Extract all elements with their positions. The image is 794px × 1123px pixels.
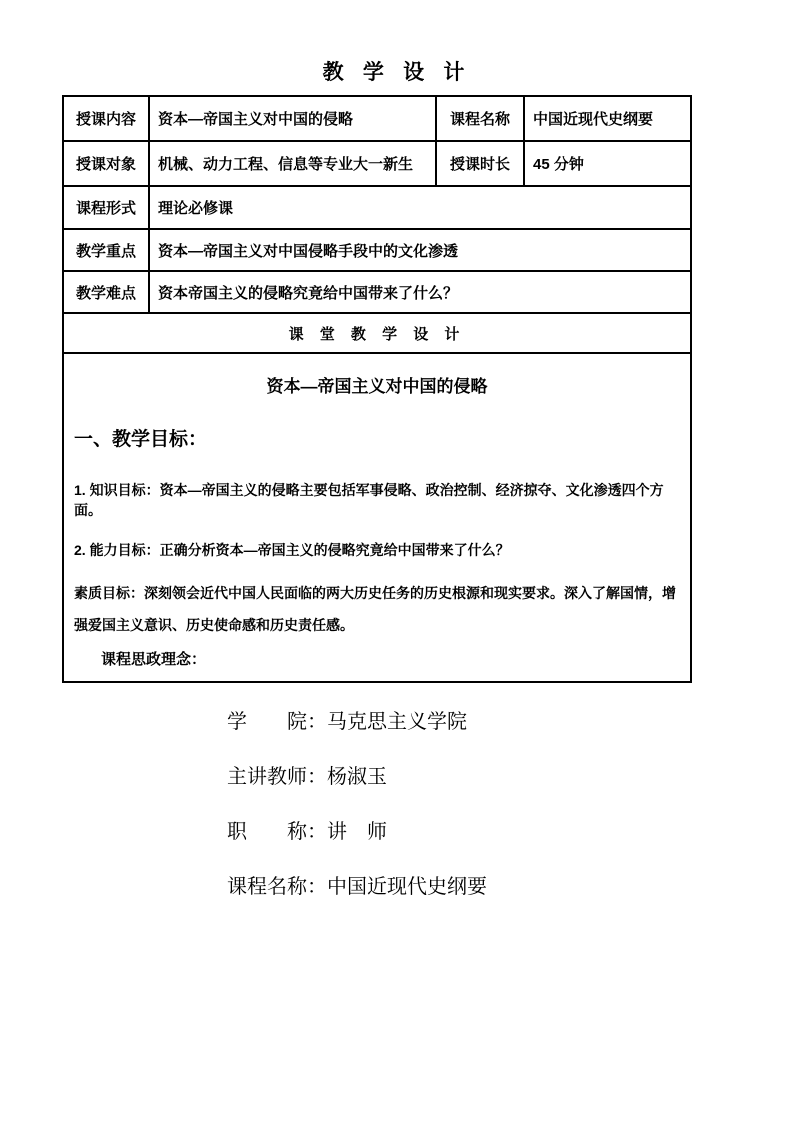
label-duration: 授课时长: [436, 141, 524, 186]
table-row-course-format: 课程形式 理论必修课: [63, 186, 691, 229]
section-title: 课 堂 教 学 设 计: [63, 313, 691, 353]
value-teaching-content: 资本—帝国主义对中国的侵略: [149, 96, 436, 141]
label-course-format: 课程形式: [63, 186, 149, 229]
value-teaching-difficulty: 资本帝国主义的侵略究竟给中国带来了什么？: [149, 271, 691, 313]
course-name-value: 中国近现代史纲要: [327, 876, 487, 898]
table-row-section-header: 课 堂 教 学 设 计: [63, 313, 691, 353]
content-cell: 资本—帝国主义对中国的侵略 一、教学目标： 1. 知识目标：资本—帝国主义的侵略…: [63, 353, 691, 682]
ideology-heading: 课程思政理念：: [74, 648, 680, 669]
college-label: 学 院：: [227, 711, 327, 733]
table-row-content: 资本—帝国主义对中国的侵略 一、教学目标： 1. 知识目标：资本—帝国主义的侵略…: [63, 353, 691, 682]
value-teaching-focus: 资本—帝国主义对中国侵略手段中的文化渗透: [149, 229, 691, 271]
course-info-block: 学 院：马克思主义学院 主讲教师：杨淑玉 职 称：讲 师 课程名称：中国近现代史…: [227, 707, 487, 927]
table-row-teaching-difficulty: 教学难点 资本帝国主义的侵略究竟给中国带来了什么？: [63, 271, 691, 313]
quality-objective: 素质目标：深刻领会近代中国人民面临的两大历史任务的历史根源和现实要求。深入了解国…: [74, 577, 680, 641]
value-course-name: 中国近现代史纲要: [524, 96, 691, 141]
title-rank-value: 讲 师: [327, 821, 387, 843]
label-teaching-difficulty: 教学难点: [63, 271, 149, 313]
table-row-teaching-focus: 教学重点 资本—帝国主义对中国侵略手段中的文化渗透: [63, 229, 691, 271]
table-row-audience: 授课对象 机械、动力工程、信息等专业大一新生 授课时长 45 分钟: [63, 141, 691, 186]
college-line: 学 院：马克思主义学院: [227, 707, 487, 762]
college-value: 马克思主义学院: [327, 711, 467, 733]
document-title: 教 学 设 计: [0, 56, 794, 86]
lecturer-label: 主讲教师：: [227, 766, 327, 788]
course-name-line: 课程名称：中国近现代史纲要: [227, 872, 487, 927]
label-teaching-content: 授课内容: [63, 96, 149, 141]
title-rank-label: 职 称：: [227, 821, 327, 843]
label-teaching-audience: 授课对象: [63, 141, 149, 186]
lecturer-line: 主讲教师：杨淑玉: [227, 762, 487, 817]
course-name-label: 课程名称：: [227, 876, 327, 898]
table-row-course-content: 授课内容 资本—帝国主义对中国的侵略 课程名称 中国近现代史纲要: [63, 96, 691, 141]
value-course-format: 理论必修课: [149, 186, 691, 229]
objectives-heading: 一、教学目标：: [74, 424, 680, 451]
ability-objective: 2. 能力目标：正确分析资本—帝国主义的侵略究竟给中国带来了什么？: [74, 540, 680, 560]
value-teaching-audience: 机械、动力工程、信息等专业大一新生: [149, 141, 436, 186]
content-title: 资本—帝国主义对中国的侵略: [74, 372, 680, 397]
teaching-design-table: 授课内容 资本—帝国主义对中国的侵略 课程名称 中国近现代史纲要 授课对象 机械…: [62, 95, 692, 683]
title-rank-line: 职 称：讲 师: [227, 817, 487, 872]
lecturer-value: 杨淑玉: [327, 766, 387, 788]
label-course-name: 课程名称: [436, 96, 524, 141]
document-page: 教 学 设 计 授课内容 资本—帝国主义对中国的侵略 课程名称 中国近现代史纲要…: [0, 0, 794, 1123]
value-duration: 45 分钟: [524, 141, 691, 186]
label-teaching-focus: 教学重点: [63, 229, 149, 271]
knowledge-objective: 1. 知识目标：资本—帝国主义的侵略主要包括军事侵略、政治控制、经济掠夺、文化渗…: [74, 480, 680, 520]
